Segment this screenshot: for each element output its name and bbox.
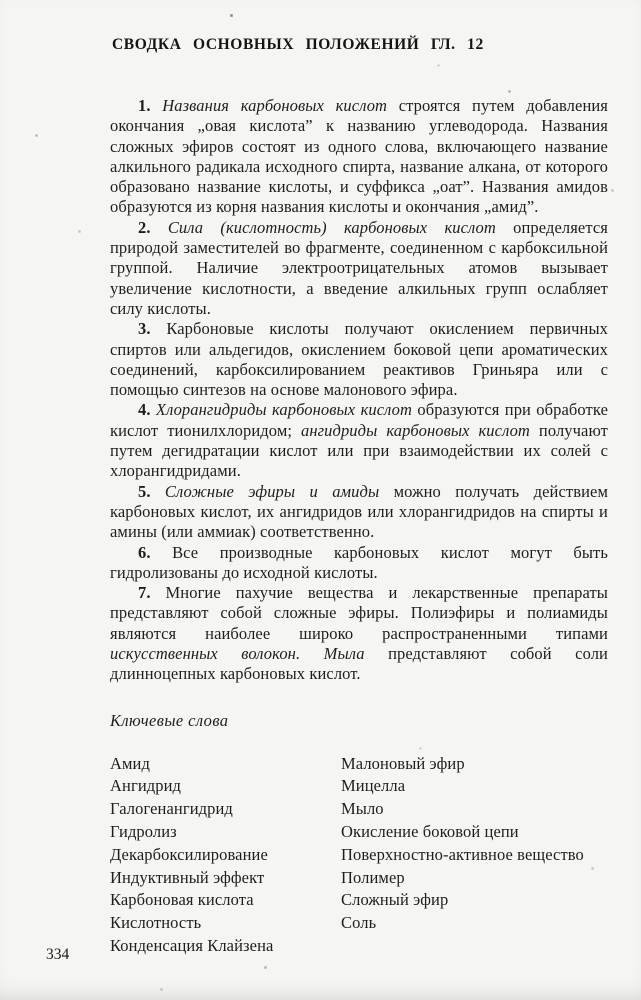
paragraph-text: 2. bbox=[138, 218, 168, 237]
key-term: Сила (кислотность) карбоновых кислот bbox=[168, 218, 496, 237]
paragraph-text: Многие пахучие вещества и лекарственные … bbox=[110, 583, 608, 643]
keyword-item: Кислотность bbox=[110, 912, 341, 935]
paragraph-text: 3. bbox=[138, 319, 166, 338]
keyword-item: Декарбоксилирование bbox=[110, 844, 341, 867]
keywords-left-column: АмидАнгидридГалогенангидридГидролизДекар… bbox=[110, 753, 341, 958]
keywords-section: Ключевые слова АмидАнгидридГалогенангидр… bbox=[110, 711, 608, 958]
paragraph-text bbox=[300, 644, 323, 663]
keyword-item: Сложный эфир bbox=[341, 889, 608, 912]
key-term: ангидриды карбоновых кислот bbox=[301, 421, 530, 440]
keyword-item: Поверхностно-активное вещество bbox=[341, 844, 608, 867]
keyword-item: Галогенангидрид bbox=[110, 798, 341, 821]
book-page: СВОДКА ОСНОВНЫХ ПОЛОЖЕНИЙ ГЛ. 12 1. Назв… bbox=[0, 0, 641, 1000]
summary-paragraph: 1. Названия карбоновых кислот строятся п… bbox=[110, 96, 608, 218]
keywords-columns: АмидАнгидридГалогенангидридГидролизДекар… bbox=[110, 753, 608, 958]
summary-paragraph: 5. Сложные эфиры и амиды можно получать … bbox=[110, 482, 608, 543]
key-term: Названия карбоновых кислот bbox=[162, 96, 387, 115]
summary-paragraphs: 1. Названия карбоновых кислот строятся п… bbox=[110, 96, 608, 685]
summary-paragraph: 6. Все производные карбоновых кислот мог… bbox=[110, 543, 608, 584]
summary-paragraph: 2. Сила (кислотность) карбоновых кислот … bbox=[110, 218, 608, 319]
paragraph-text: 7. bbox=[138, 583, 166, 602]
summary-paragraph: 4. Хлорангидриды карбоновых кислот образ… bbox=[110, 400, 608, 481]
page-number: 334 bbox=[46, 946, 69, 964]
keyword-item: Карбоновая кислота bbox=[110, 889, 341, 912]
keyword-item: Полимер bbox=[341, 867, 608, 890]
keywords-right-column: Малоновый эфирМицеллаМылоОкисление боков… bbox=[341, 753, 608, 958]
paragraph-text: 1. bbox=[138, 96, 162, 115]
keyword-item: Мыло bbox=[341, 798, 608, 821]
key-term: искусственных волокон. bbox=[110, 644, 300, 663]
paragraph-text: 6. bbox=[138, 543, 172, 562]
keyword-item: Гидролиз bbox=[110, 821, 341, 844]
keyword-item: Окисление боковой цепи bbox=[341, 821, 608, 844]
summary-paragraph: 3. Карбоновые кислоты получают окисление… bbox=[110, 319, 608, 400]
keyword-item: Ангидрид bbox=[110, 775, 341, 798]
paragraph-text: 4. bbox=[138, 400, 156, 419]
keywords-heading: Ключевые слова bbox=[110, 711, 608, 731]
keyword-item: Малоновый эфир bbox=[341, 753, 608, 776]
key-term: Хлорангидриды карбоновых кислот bbox=[156, 400, 412, 419]
paragraph-text: Карбоновые кислоты получают окислением п… bbox=[110, 319, 608, 399]
keyword-item: Амид bbox=[110, 753, 341, 776]
keyword-item: Соль bbox=[341, 912, 608, 935]
paragraph-text: 5. bbox=[138, 482, 165, 501]
keyword-item: Индуктивный эффект bbox=[110, 867, 341, 890]
keyword-item: Конденсация Клайзена bbox=[110, 935, 341, 958]
page-title: СВОДКА ОСНОВНЫХ ПОЛОЖЕНИЙ ГЛ. 12 bbox=[112, 36, 608, 54]
key-term: Мыла bbox=[324, 644, 365, 663]
summary-paragraph: 7. Многие пахучие вещества и лекарственн… bbox=[110, 583, 608, 684]
paragraph-text: Все производные карбоновых кислот могут … bbox=[110, 543, 608, 582]
keyword-item: Мицелла bbox=[341, 775, 608, 798]
key-term: Сложные эфиры и амиды bbox=[165, 482, 379, 501]
